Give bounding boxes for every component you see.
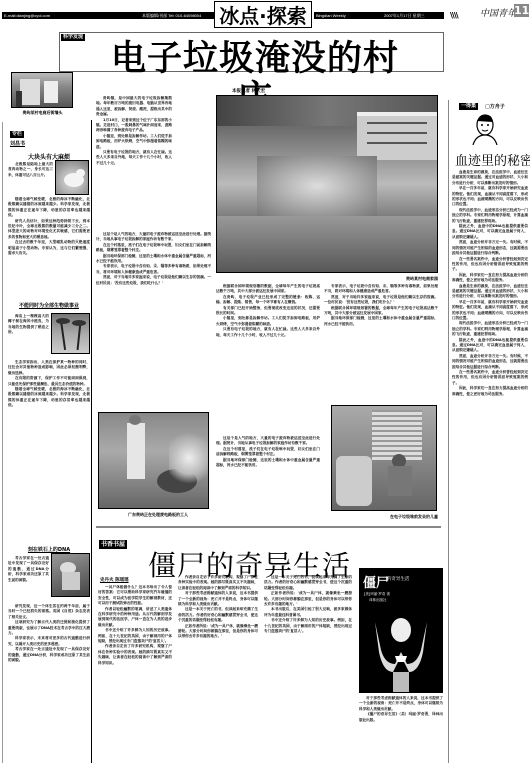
lead-body-col1b: 这是个是人气的地方，大量的电子废弃物被运送至此进行处理。据统计，当地从事电子垃圾… [96,232,211,404]
lead-body-col2b: 这是个是人气的地方，大量的电子废弃物被运送至此进行处理。据统计，当地从事电子垃圾… [216,436,320,518]
lead-body-col2: 根据联合国环境规划署的数据，全球每年产生的电子垃圾高达数千万吨，其中大部分被运往… [216,284,320,434]
archaeologist-photo [51,553,90,597]
lead-body-col1a: 贵屿镇，是中国最大的电子垃圾拆解集散地。每年数百万吨的废旧电器、电脑从世界各地涌… [96,96,172,231]
book-review-col1: 一具尸体能做什么？这本书给出了令人惊讶的答案：它可以帮助科学家研究汽车碰撞的安全… [98,585,172,761]
article2-text: 生态学家指出，人类在保护某一物种的同时，往往会对其他物种造成影响，因此必须权衡利… [8,360,90,480]
article2-title: 不能同时为全部生物做事业 [8,302,90,309]
right-column-tag: 一得集 [459,103,478,110]
lead-body-col3: 专家表示，电子垃圾中含有铅、汞、镉等多种有毒物质，如果处理不当，将对环境和人体健… [324,284,438,404]
right-column-title: 血迹里的秘密 [455,150,530,169]
palm-trees-photo [51,313,90,354]
left-border [2,122,3,763]
right-column-author: □方舟子 [485,103,505,110]
article1-text: 随着全球气候变暖，北极的海冰不断融化，北极熊赖以捕猎的冰面越来越少。科学家发现，… [8,197,90,300]
masthead-left-strip: E-mail:dianjing@cyol.com 本版编辑/刊部 Tel: 01… [2,12,214,19]
book-review-col3: 这是一本关于死亡的书，但读起来却充满了生命的活力。作者的好奇心和幽默感贯穿全书，… [264,575,352,761]
column-tag: 专栏 [10,131,24,138]
weekly-text: Bingdian Weekly [316,13,346,18]
child-photo-caption: 在电子垃圾堆前发呆的儿童 [380,514,438,520]
lead-byline: 本报记者 林天宏 [232,88,265,94]
village-street-caption: 贵屿某村电商后街墙头 [15,110,70,116]
author-portrait-sketch [470,113,500,145]
section-divider [96,526,441,528]
landfill-village-photo [216,95,438,273]
column-author: 刘昌书 [10,140,25,147]
cover-title: 僵尸 [363,572,389,591]
article3-title: 刻在铁石上的DNA [10,546,88,553]
email-text: E-mail:dianjing@cyol.com [4,13,50,18]
worker-photo-caption: 广东贵屿正在处理废电路板的工人 [108,512,208,518]
stripes-decoration: \\\\ [450,11,458,20]
cover-author: [美]玛丽·罗奇 著 [364,592,390,597]
lead-tag: 科学发现 [61,34,85,41]
book-cover-image: 僵尸 的奇异生活 [美]玛丽·罗奇 著 译林出版社 [359,568,443,693]
cover-publisher: 译林出版社 [369,598,387,603]
book-review-byline: 史丹夫 陈瑶瑶 [100,577,129,583]
article1-text-narrow: 北极熊是陆地上最大的食肉动物之一，身长可达三米，体重可达八百公斤。 [8,162,53,196]
cover-subtitle: 的奇异生活 [387,576,410,582]
article3-text-narrow: 考古学家在一处古遗址中发现了一具保存完好的遗骸，通过DNA分析，科学家成功还原了… [8,556,49,602]
column-divider [91,120,92,763]
book-review-tag: 书香书屋 [99,540,127,549]
article2-text-narrow: 海岛上一棵棵高大的椰子树在海风中摇曳，为当地的生物提供了栖息之所。 [8,314,49,358]
right-column-text: 血液是生命的源泉，在法医学中，血迹往往是破案的关键证据。通过对血迹的形状、大小和… [452,170,528,760]
editor-text: 本版编辑/刊部 Tel: 010-64098004 [142,12,201,19]
child-photo [331,405,437,511]
article3-text: 研究发现，这一个体生活在约两千年前，属于当时一个已经消失的部落。英国《自然》杂志… [8,604,90,760]
village-street-photo [11,72,73,108]
book-review-col4: 对于那些考虑捐献遗体的人来说，这本书提供了一个全新的视角：死亡并不是终点，身体可… [359,696,443,760]
polar-bear-photo [55,160,89,195]
book-review-col2: 作者亲自走访了许多研究机构，观察了尸体在各种实验中的表现。她的描写既真实又不失趣… [178,575,258,761]
right-column-divider [448,100,449,763]
landfill-photo-caption: 贵屿某村电商家园 [388,276,438,282]
date-text: 2007年1月17日 星期三 [384,12,425,19]
page-number: 11 [514,4,529,17]
worker-photo [98,412,209,509]
masthead-right-strip: Bingdian Weekly 2007年1月17日 星期三 [314,12,444,19]
section-title: 冰点·探索 [214,1,312,28]
hands-figure-icon [373,612,429,692]
